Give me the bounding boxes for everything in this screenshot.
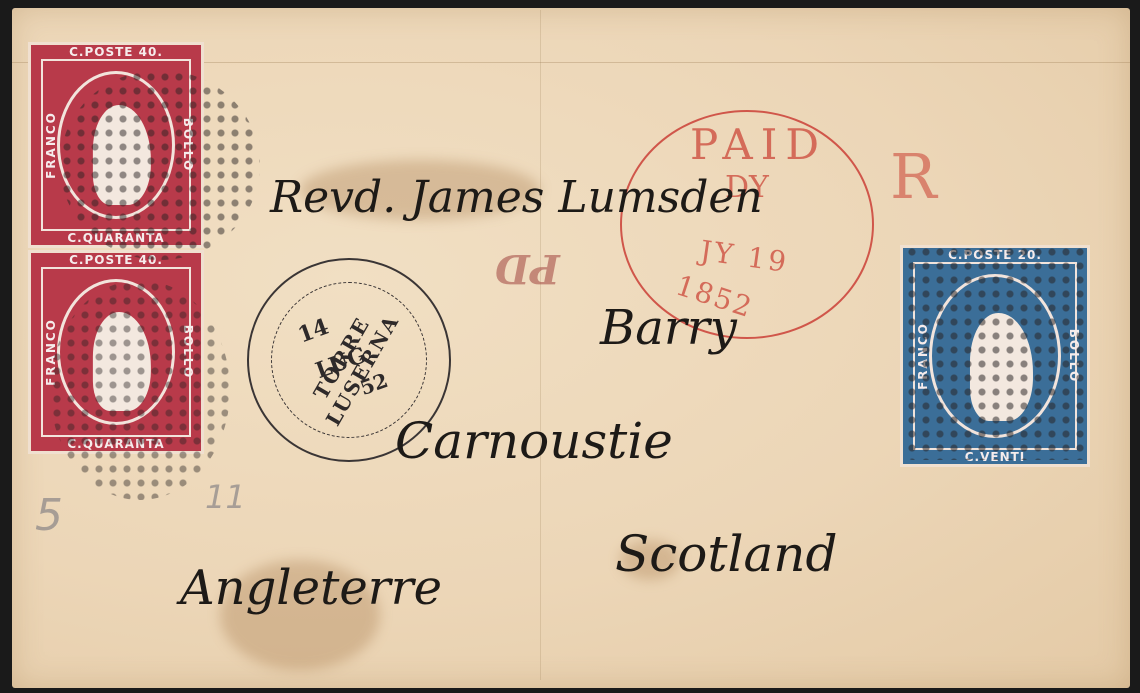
address-line-name: Revd. James Lumsden [270, 172, 763, 223]
address-line-town: Carnoustie [395, 412, 673, 470]
transit-mark: PD [495, 245, 560, 292]
paid-text: PAID [690, 120, 827, 169]
pencil-note: 11 [205, 478, 246, 516]
address-line-country: Scotland [615, 525, 837, 583]
rate-mark: R [890, 140, 937, 213]
diamond-grid-cancel [60, 70, 260, 260]
address-line-village: Barry [600, 300, 737, 356]
diamond-grid-cancel [905, 245, 1090, 460]
diamond-grid-cancel [50, 280, 230, 500]
fold-line [540, 10, 541, 680]
pencil-note: 5 [35, 490, 63, 541]
destination-country-french: Angleterre [180, 560, 442, 616]
